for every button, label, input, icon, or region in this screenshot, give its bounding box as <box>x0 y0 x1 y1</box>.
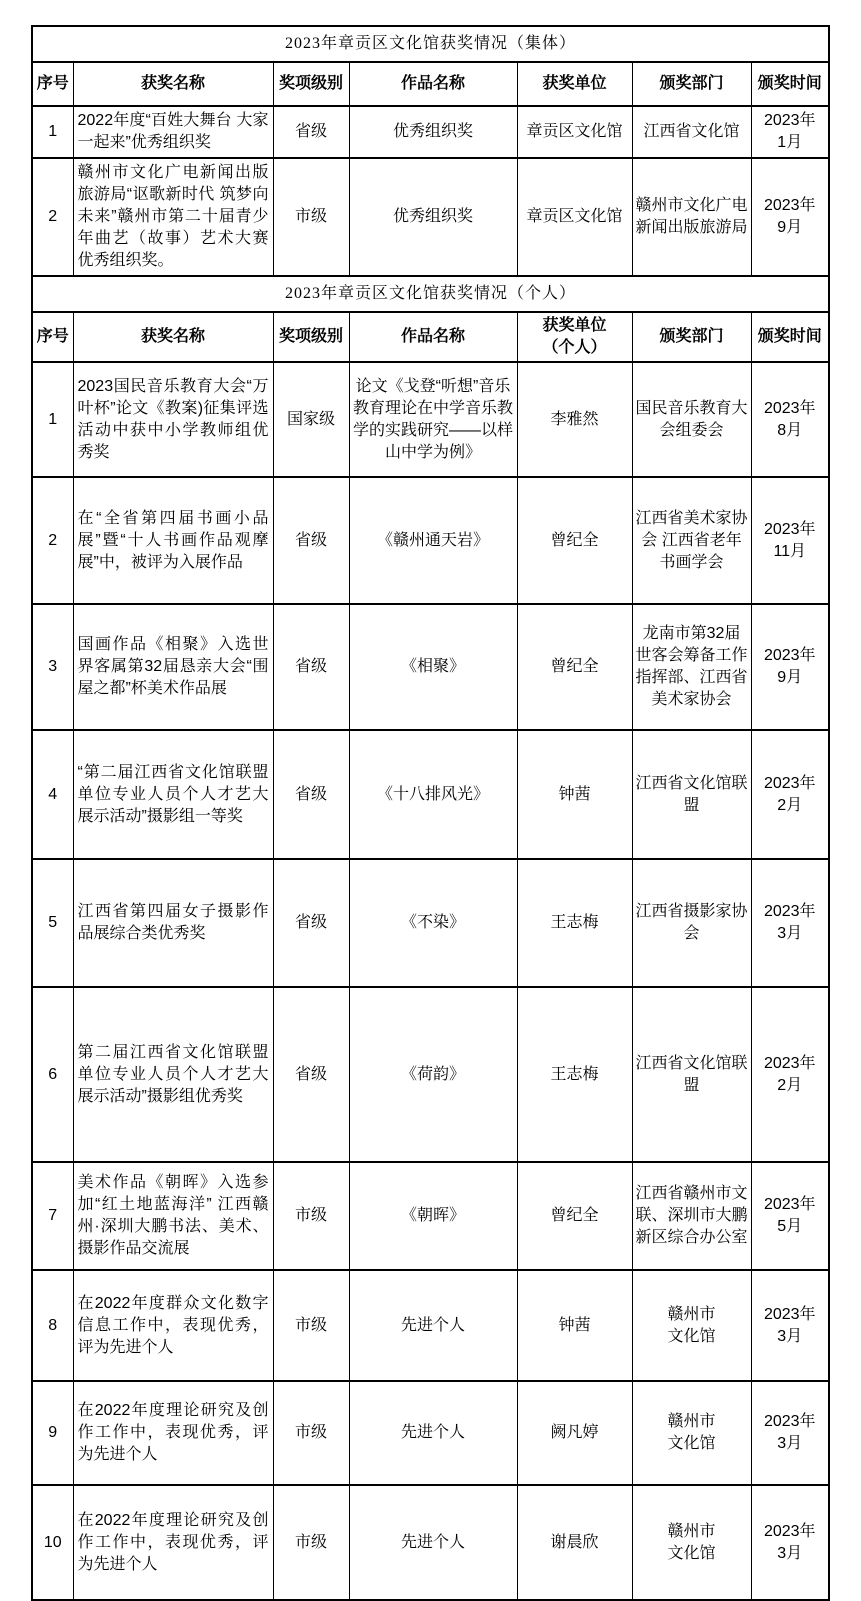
table-row: 8 在2022年度群众文化数字信息工作中，表现优秀，评为先进个人 市级 先进个人… <box>32 1270 829 1381</box>
cell-award-name: 在2022年度理论研究及创作工作中，表现优秀，评为先进个人 <box>73 1381 273 1485</box>
header-serial: 序号 <box>32 312 73 362</box>
cell-work-title: 《相聚》 <box>349 604 517 730</box>
section1-title-row: 2023年章贡区文化馆获奖情况（集体） <box>32 26 829 62</box>
cell-issuer: 赣州市文化广电新闻出版旅游局 <box>632 158 751 276</box>
cell-winner: 钟茜 <box>517 1270 632 1381</box>
cell-work-title: 《十八排风光》 <box>349 730 517 859</box>
cell-work-title: 《朝晖》 <box>349 1162 517 1270</box>
header-issuer: 颁奖部门 <box>632 312 751 362</box>
cell-issuer: 江西省文化馆联盟 <box>632 730 751 859</box>
cell-work-title: 优秀组织奖 <box>349 158 517 276</box>
section2-header-row: 序号 获奖名称 奖项级别 作品名称 获奖单位 （个人） 颁奖部门 颁奖时间 <box>32 312 829 362</box>
table-row: 5 江西省第四届女子摄影作品展综合类优秀奖 省级 《不染》 王志梅 江西省摄影家… <box>32 859 829 987</box>
cell-winner: 曾纪全 <box>517 477 632 604</box>
cell-issuer: 赣州市 文化馆 <box>632 1270 751 1381</box>
cell-award-level: 市级 <box>273 1270 349 1381</box>
table-row: 2 在“全省第四届书画小品展”暨“十人书画作品观摩展”中，被评为入展作品 省级 … <box>32 477 829 604</box>
header-serial: 序号 <box>32 62 73 106</box>
cell-award-name: 国画作品《相聚》入选世界客属第32届恳亲大会“围屋之都”杯美术作品展 <box>73 604 273 730</box>
header-time: 颁奖时间 <box>751 62 829 106</box>
table-row: 1 2022年度“百姓大舞台 大家一起来”优秀组织奖 省级 优秀组织奖 章贡区文… <box>32 106 829 158</box>
cell-award-level: 省级 <box>273 477 349 604</box>
cell-serial: 6 <box>32 987 73 1162</box>
cell-winner: 曾纪全 <box>517 604 632 730</box>
cell-award-name: 美术作品《朝晖》入选参加“红土地蓝海洋” 江西赣州·深圳大鹏书法、美术、摄影作品… <box>73 1162 273 1270</box>
cell-time: 2023年 3月 <box>751 1381 829 1485</box>
cell-serial: 8 <box>32 1270 73 1381</box>
cell-winner: 谢晨欣 <box>517 1485 632 1600</box>
cell-issuer: 国民音乐教育大会组委会 <box>632 362 751 477</box>
cell-winner: 王志梅 <box>517 987 632 1162</box>
cell-award-level: 市级 <box>273 1162 349 1270</box>
cell-work-title: 先进个人 <box>349 1270 517 1381</box>
header-award-level: 奖项级别 <box>273 312 349 362</box>
cell-serial: 7 <box>32 1162 73 1270</box>
cell-award-name: “第二届江西省文化馆联盟单位专业人员个人才艺大展示活动”摄影组一等奖 <box>73 730 273 859</box>
cell-issuer: 龙南市第32届世客会筹备工作指挥部、江西省美术家协会 <box>632 604 751 730</box>
cell-work-title: 优秀组织奖 <box>349 106 517 158</box>
cell-work-title: 论文《戈登“听想”音乐教育理论在中学音乐教学的实践研究——以样山中学为例》 <box>349 362 517 477</box>
cell-time: 2023年 11月 <box>751 477 829 604</box>
section1-header-row: 序号 获奖名称 奖项级别 作品名称 获奖单位 颁奖部门 颁奖时间 <box>32 62 829 106</box>
cell-award-level: 省级 <box>273 859 349 987</box>
cell-issuer: 赣州市 文化馆 <box>632 1485 751 1600</box>
header-work-title: 作品名称 <box>349 62 517 106</box>
header-issuer: 颁奖部门 <box>632 62 751 106</box>
awards-table: 2023年章贡区文化馆获奖情况（集体） 序号 获奖名称 奖项级别 作品名称 获奖… <box>31 25 830 1601</box>
cell-winner: 李雅然 <box>517 362 632 477</box>
cell-serial: 10 <box>32 1485 73 1600</box>
cell-award-name: 在2022年度群众文化数字信息工作中，表现优秀，评为先进个人 <box>73 1270 273 1381</box>
cell-work-title: 《荷韵》 <box>349 987 517 1162</box>
cell-work-title: 《不染》 <box>349 859 517 987</box>
cell-award-level: 市级 <box>273 158 349 276</box>
table-row: 7 美术作品《朝晖》入选参加“红土地蓝海洋” 江西赣州·深圳大鹏书法、美术、摄影… <box>32 1162 829 1270</box>
cell-award-level: 国家级 <box>273 362 349 477</box>
cell-issuer: 江西省文化馆 <box>632 106 751 158</box>
cell-serial: 9 <box>32 1381 73 1485</box>
cell-award-level: 省级 <box>273 106 349 158</box>
cell-award-name: 2022年度“百姓大舞台 大家一起来”优秀组织奖 <box>73 106 273 158</box>
table-row: 2 赣州市文化广电新闻出版旅游局“讴歌新时代 筑梦向未来”赣州市第二十届青少年曲… <box>32 158 829 276</box>
table-row: 10 在2022年度理论研究及创作工作中，表现优秀，评为先进个人 市级 先进个人… <box>32 1485 829 1600</box>
cell-time: 2023年 3月 <box>751 1270 829 1381</box>
header-award-name: 获奖名称 <box>73 62 273 106</box>
table-row: 1 2023国民音乐教育大会“万叶杯”论文《教案)征集评选活动中获中小学教师组优… <box>32 362 829 477</box>
cell-award-level: 省级 <box>273 604 349 730</box>
cell-time: 2023年 3月 <box>751 1485 829 1600</box>
table-row: 3 国画作品《相聚》入选世界客属第32届恳亲大会“围屋之都”杯美术作品展 省级 … <box>32 604 829 730</box>
cell-winner: 钟茜 <box>517 730 632 859</box>
section2-title: 2023年章贡区文化馆获奖情况（个人） <box>32 276 829 312</box>
cell-serial: 3 <box>32 604 73 730</box>
document-page: 2023年章贡区文化馆获奖情况（集体） 序号 获奖名称 奖项级别 作品名称 获奖… <box>0 0 861 1600</box>
cell-serial: 1 <box>32 362 73 477</box>
cell-serial: 2 <box>32 477 73 604</box>
cell-time: 2023年 9月 <box>751 604 829 730</box>
cell-award-level: 省级 <box>273 730 349 859</box>
cell-award-name: 江西省第四届女子摄影作品展综合类优秀奖 <box>73 859 273 987</box>
cell-issuer: 江西省赣州市文联、深圳市大鹏新区综合办公室 <box>632 1162 751 1270</box>
cell-award-name: 第二届江西省文化馆联盟单位专业人员个人才艺大展示活动”摄影组优秀奖 <box>73 987 273 1162</box>
cell-serial: 2 <box>32 158 73 276</box>
cell-winner: 章贡区文化馆 <box>517 106 632 158</box>
cell-award-name: 2023国民音乐教育大会“万叶杯”论文《教案)征集评选活动中获中小学教师组优秀奖 <box>73 362 273 477</box>
cell-time: 2023年 8月 <box>751 362 829 477</box>
cell-issuer: 江西省摄影家协会 <box>632 859 751 987</box>
cell-award-level: 省级 <box>273 987 349 1162</box>
section2-title-row: 2023年章贡区文化馆获奖情况（个人） <box>32 276 829 312</box>
header-time: 颁奖时间 <box>751 312 829 362</box>
cell-time: 2023年 5月 <box>751 1162 829 1270</box>
header-award-level: 奖项级别 <box>273 62 349 106</box>
cell-issuer: 江西省美术家协会 江西省老年书画学会 <box>632 477 751 604</box>
cell-winner: 曾纪全 <box>517 1162 632 1270</box>
header-winner: 获奖单位 （个人） <box>517 312 632 362</box>
cell-time: 2023年 1月 <box>751 106 829 158</box>
header-winner: 获奖单位 <box>517 62 632 106</box>
cell-time: 2023年 3月 <box>751 859 829 987</box>
cell-time: 2023年 2月 <box>751 987 829 1162</box>
cell-issuer: 赣州市 文化馆 <box>632 1381 751 1485</box>
cell-work-title: 《赣州通天岩》 <box>349 477 517 604</box>
cell-winner: 王志梅 <box>517 859 632 987</box>
cell-award-level: 市级 <box>273 1381 349 1485</box>
table-row: 9 在2022年度理论研究及创作工作中，表现优秀，评为先进个人 市级 先进个人 … <box>32 1381 829 1485</box>
header-award-name: 获奖名称 <box>73 312 273 362</box>
section1-title: 2023年章贡区文化馆获奖情况（集体） <box>32 26 829 62</box>
cell-award-level: 市级 <box>273 1485 349 1600</box>
table-row: 6 第二届江西省文化馆联盟单位专业人员个人才艺大展示活动”摄影组优秀奖 省级 《… <box>32 987 829 1162</box>
cell-award-name: 在“全省第四届书画小品展”暨“十人书画作品观摩展”中，被评为入展作品 <box>73 477 273 604</box>
cell-award-name: 在2022年度理论研究及创作工作中，表现优秀，评为先进个人 <box>73 1485 273 1600</box>
cell-issuer: 江西省文化馆联盟 <box>632 987 751 1162</box>
header-work-title: 作品名称 <box>349 312 517 362</box>
cell-serial: 5 <box>32 859 73 987</box>
cell-time: 2023年 2月 <box>751 730 829 859</box>
cell-time: 2023年 9月 <box>751 158 829 276</box>
cell-serial: 4 <box>32 730 73 859</box>
cell-serial: 1 <box>32 106 73 158</box>
cell-work-title: 先进个人 <box>349 1485 517 1600</box>
cell-winner: 章贡区文化馆 <box>517 158 632 276</box>
cell-award-name: 赣州市文化广电新闻出版旅游局“讴歌新时代 筑梦向未来”赣州市第二十届青少年曲艺（… <box>73 158 273 276</box>
cell-work-title: 先进个人 <box>349 1381 517 1485</box>
table-row: 4 “第二届江西省文化馆联盟单位专业人员个人才艺大展示活动”摄影组一等奖 省级 … <box>32 730 829 859</box>
cell-winner: 阙凡婷 <box>517 1381 632 1485</box>
